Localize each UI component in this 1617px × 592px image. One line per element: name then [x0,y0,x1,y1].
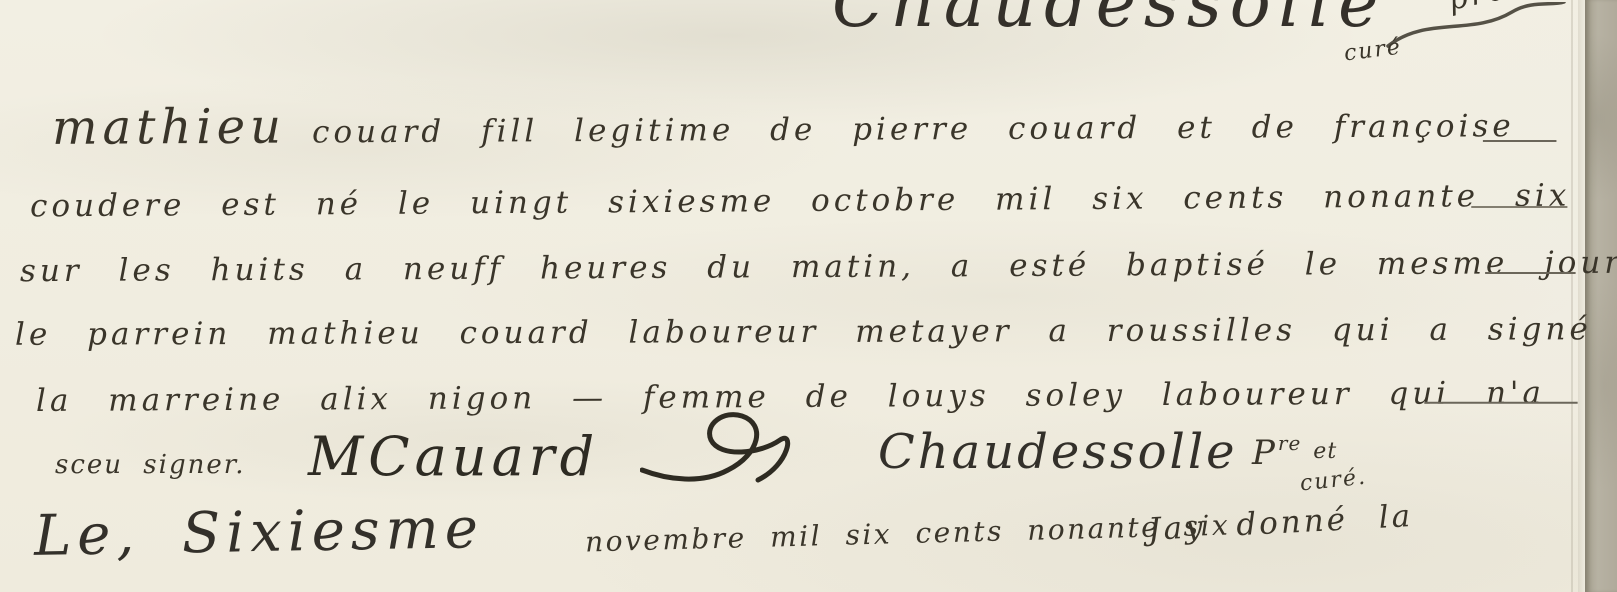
next-entry-tail-text: Jay donné la [1147,501,1414,546]
page-crease-line [1571,0,1573,592]
next-entry-initial-words: Le, Sixiesme [34,501,485,565]
page-edge-band [1585,0,1617,592]
body-line-4: le parrein mathieu couard laboureur meta… [15,314,1592,351]
priest-title-p: P [1252,433,1276,473]
godfather-paraph-flourish-icon [640,408,800,498]
header-priest-signature: Chaudessolle [832,0,1386,38]
priest-title-et: et [1313,439,1337,464]
godfather-signature: MCauard [308,430,599,484]
line-text: coudere est né le uingt sixiesme octobre… [30,178,1570,225]
priest-title-superscript: re [1278,431,1301,455]
line-text: couard fill legitime de pierre couard et… [312,108,1515,150]
body-line-2: coudere est né le uingt sixiesme octobre… [30,181,1570,223]
entry-initial-word: mathieu [52,99,286,156]
line-text: le parrein mathieu couard laboureur meta… [15,311,1592,353]
priest-title-cure: curé. [1299,467,1368,496]
line-filler-dash: — [1479,121,1560,157]
priest-title-abbrev: Preet [1252,436,1337,470]
header-signature-flourish-icon [1386,2,1566,52]
body-line-3: sur les huits a neuff heures du matin, a… [20,248,1617,287]
line-text: sur les huits a neuff heures du matin, a… [20,245,1617,289]
body-line-1: mathieucouard fill legitime de pierre co… [52,96,1515,152]
line-filler-dash: — [1481,253,1580,289]
page-edge-highlight [1578,0,1585,592]
signature-line-lead: sceu signer. [55,452,246,478]
line-filler-dash: — [1467,187,1572,223]
manuscript-page: Chaudessolle pre curé mathieucouard fill… [0,0,1617,592]
priest-signature: Chaudessolle [878,428,1238,476]
next-entry-date-text: novembre mil six cents nonante six [585,512,1231,557]
line-filler-dash: — [1418,383,1585,419]
